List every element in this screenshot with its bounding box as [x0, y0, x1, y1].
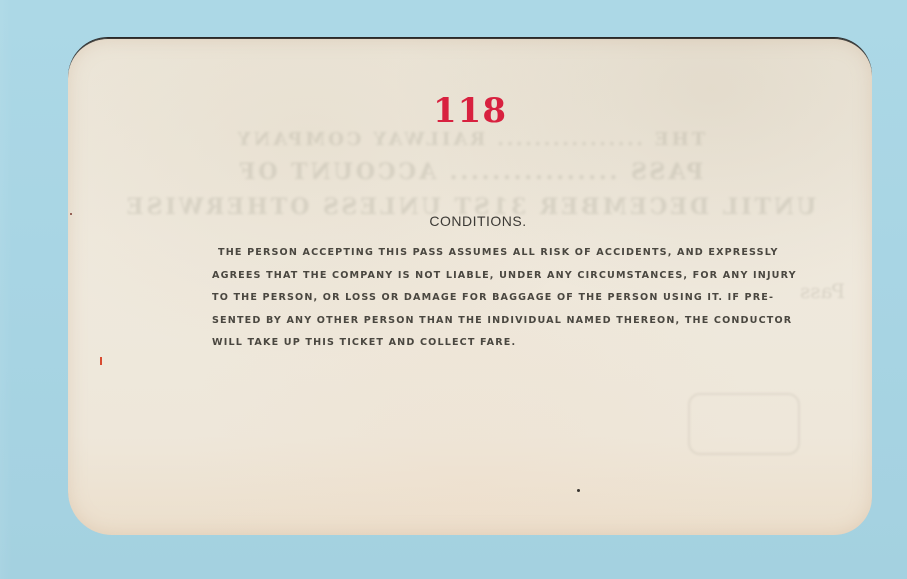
bleed-through-line-2: PASS ................ ACCOUNT OF [68, 159, 872, 185]
ink-speck [70, 213, 72, 215]
conditions-line-5: WILL TAKE UP THIS TICKET AND COLLECT FAR… [212, 332, 742, 355]
railroad-pass-card: THE ................ RAILWAY COMPANY PAS… [68, 38, 872, 535]
serial-number: 118 [420, 91, 520, 131]
conditions-text: THE PERSON ACCEPTING THIS PASS ASSUMES A… [212, 242, 742, 355]
conditions-heading: CONDITIONS. [368, 213, 588, 229]
ink-speck [577, 489, 580, 492]
bleed-through-line-1: THE ................ RAILWAY COMPANY [68, 129, 872, 150]
conditions-line-3: TO THE PERSON, OR LOSS OR DAMAGE FOR BAG… [212, 287, 742, 310]
red-ink-mark [100, 357, 102, 365]
conditions-line-1: THE PERSON ACCEPTING THIS PASS ASSUMES A… [212, 242, 742, 265]
conditions-line-2: AGREES THAT THE COMPANY IS NOT LIABLE, U… [212, 265, 742, 288]
bleed-through-pass-word: Pass [800, 279, 845, 303]
bleed-through-stamp-box [688, 393, 800, 455]
conditions-line-4: SENTED BY ANY OTHER PERSON THAN THE INDI… [212, 310, 742, 333]
